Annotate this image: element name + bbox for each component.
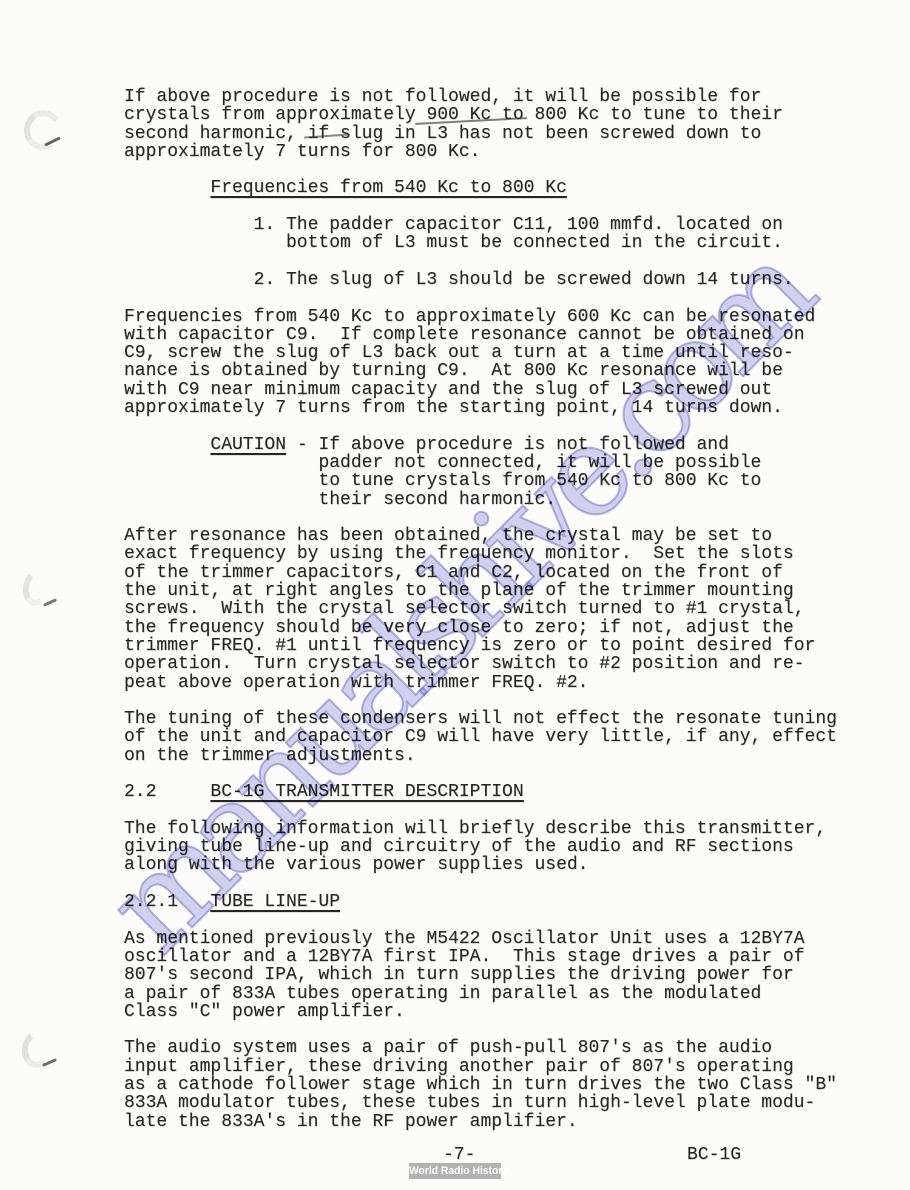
sub-heading-text: Frequencies from 540 Kc to 800 Kc [210, 178, 566, 198]
page-number: -7- [443, 1145, 475, 1165]
text-lines: Frequencies from 540 Kc to approximately… [124, 308, 884, 418]
section-heading: 2.2BC-1G TRANSMITTER DESCRIPTION [124, 783, 884, 801]
text-lines: If above procedure is not followed and p… [318, 436, 761, 509]
text-lines: The slug of L3 should be screwed down 14… [286, 271, 794, 289]
paragraph: The audio system uses a pair of push-pul… [124, 1039, 884, 1130]
sub-heading-row: Frequencies from 540 Kc to 800 Kc [210, 179, 884, 197]
paragraph: Frequencies from 540 Kc to approximately… [124, 308, 884, 418]
text-lines: The audio system uses a pair of push-pul… [124, 1039, 884, 1130]
paragraph: After resonance has been obtained, the c… [124, 527, 884, 692]
scanned-manual-page: If above procedure is not followed, it w… [0, 0, 910, 1190]
text-lines: The following information will briefly d… [124, 820, 884, 875]
section-number: 2.2 [124, 783, 210, 801]
text-lines: The tuning of these condensers will not … [124, 710, 884, 765]
paragraph: The following information will briefly d… [124, 820, 884, 875]
list-item: 2.The slug of L3 should be screwed down … [254, 271, 884, 289]
world-radio-history-badge: World Radio History [409, 1163, 501, 1179]
punch-hole-bottom [19, 1028, 57, 1071]
section-title: TUBE LINE-UP [210, 893, 340, 911]
text-lines: As mentioned previously the M5422 Oscill… [124, 930, 884, 1021]
section-number: 2.2.1 [124, 893, 210, 911]
paragraph: If above procedure is not followed, it w… [124, 88, 884, 161]
list-item: 1.The padder capacitor C11, 100 mmfd. lo… [254, 216, 884, 253]
paragraph: The tuning of these condensers will not … [124, 710, 884, 765]
section-title: BC-1G TRANSMITTER DESCRIPTION [210, 783, 523, 801]
caution-separator: - [286, 436, 318, 509]
text-lines: If above procedure is not followed, it w… [124, 88, 884, 161]
sub-heading: Frequencies from 540 Kc to 800 Kc [124, 179, 884, 197]
doc-id: BC-1G [687, 1145, 741, 1165]
caution-note: CAUTION - If above procedure is not foll… [210, 436, 884, 509]
section-heading: 2.2.1TUBE LINE-UP [124, 893, 884, 911]
caution-label: CAUTION [210, 436, 286, 509]
list-item-marker: 1. [254, 216, 286, 253]
text-lines: After resonance has been obtained, the c… [124, 527, 884, 692]
punch-hole-top [20, 106, 65, 153]
text-lines: The padder capacitor C11, 100 mmfd. loca… [286, 216, 783, 253]
list-item-marker: 2. [254, 271, 286, 289]
document-body: If above procedure is not followed, it w… [124, 88, 884, 1149]
paragraph: As mentioned previously the M5422 Oscill… [124, 930, 884, 1021]
